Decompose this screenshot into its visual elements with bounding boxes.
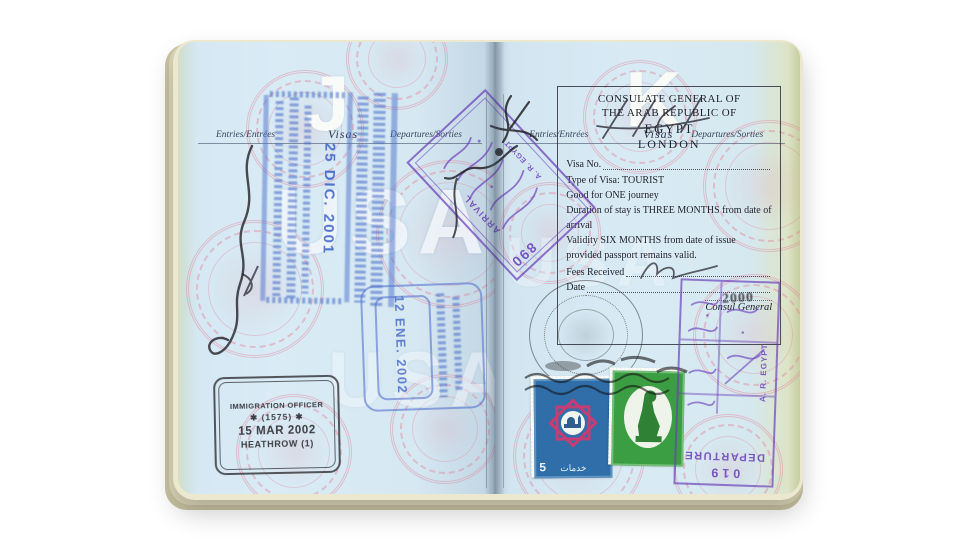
dotted-line	[603, 169, 770, 170]
arabic-handwriting	[679, 286, 772, 439]
uk-immigration-stamp: IMMIGRATION OFFICER ✱ (1575) ✱ 15 MAR 20…	[213, 375, 341, 476]
uk-stamp-officer-number: ✱ (1575) ✱	[222, 411, 332, 424]
photo-of-open-passport: USA USA J Entries/Entrées Visas Departur…	[0, 0, 960, 540]
fees-label: Fees Received	[566, 265, 624, 281]
page-gutter-shadow	[484, 42, 505, 494]
visa-journey-line: Good for ONE journey	[566, 188, 772, 203]
entry-stamp-25-dic-2001: 25 DIC. 2001	[260, 91, 398, 307]
page-right: USA K Entries/Entrées Visas Departures/S…	[495, 42, 800, 494]
handwritten-signature	[200, 138, 272, 364]
entry-stamp-date: 25 DIC. 2001	[320, 143, 339, 256]
departure-stamp-number: 019	[676, 464, 772, 481]
visa-duration-text: Duration of stay is THREE MONTHS from da…	[566, 203, 772, 233]
uk-stamp-title: IMMIGRATION OFFICER	[222, 400, 332, 411]
handwritten-visa-number	[593, 92, 713, 144]
passport: USA USA J Entries/Entrées Visas Departur…	[178, 42, 800, 494]
visa-no-label: Visa No.	[566, 157, 601, 173]
uk-stamp-date: 15 MAR 2002	[222, 424, 332, 438]
uk-stamp-location: HEATHROW (1)	[222, 438, 332, 450]
departure-stamp-label: DEPARTURE	[676, 448, 772, 463]
departure-stamp: DEPARTURE 019 A. R. EGYPT	[674, 278, 781, 487]
visa-type-line: Type of Visa: TOURIST	[566, 173, 772, 188]
entry-stamp-12-ene-2002: 12 ENE. 2002	[360, 282, 486, 412]
